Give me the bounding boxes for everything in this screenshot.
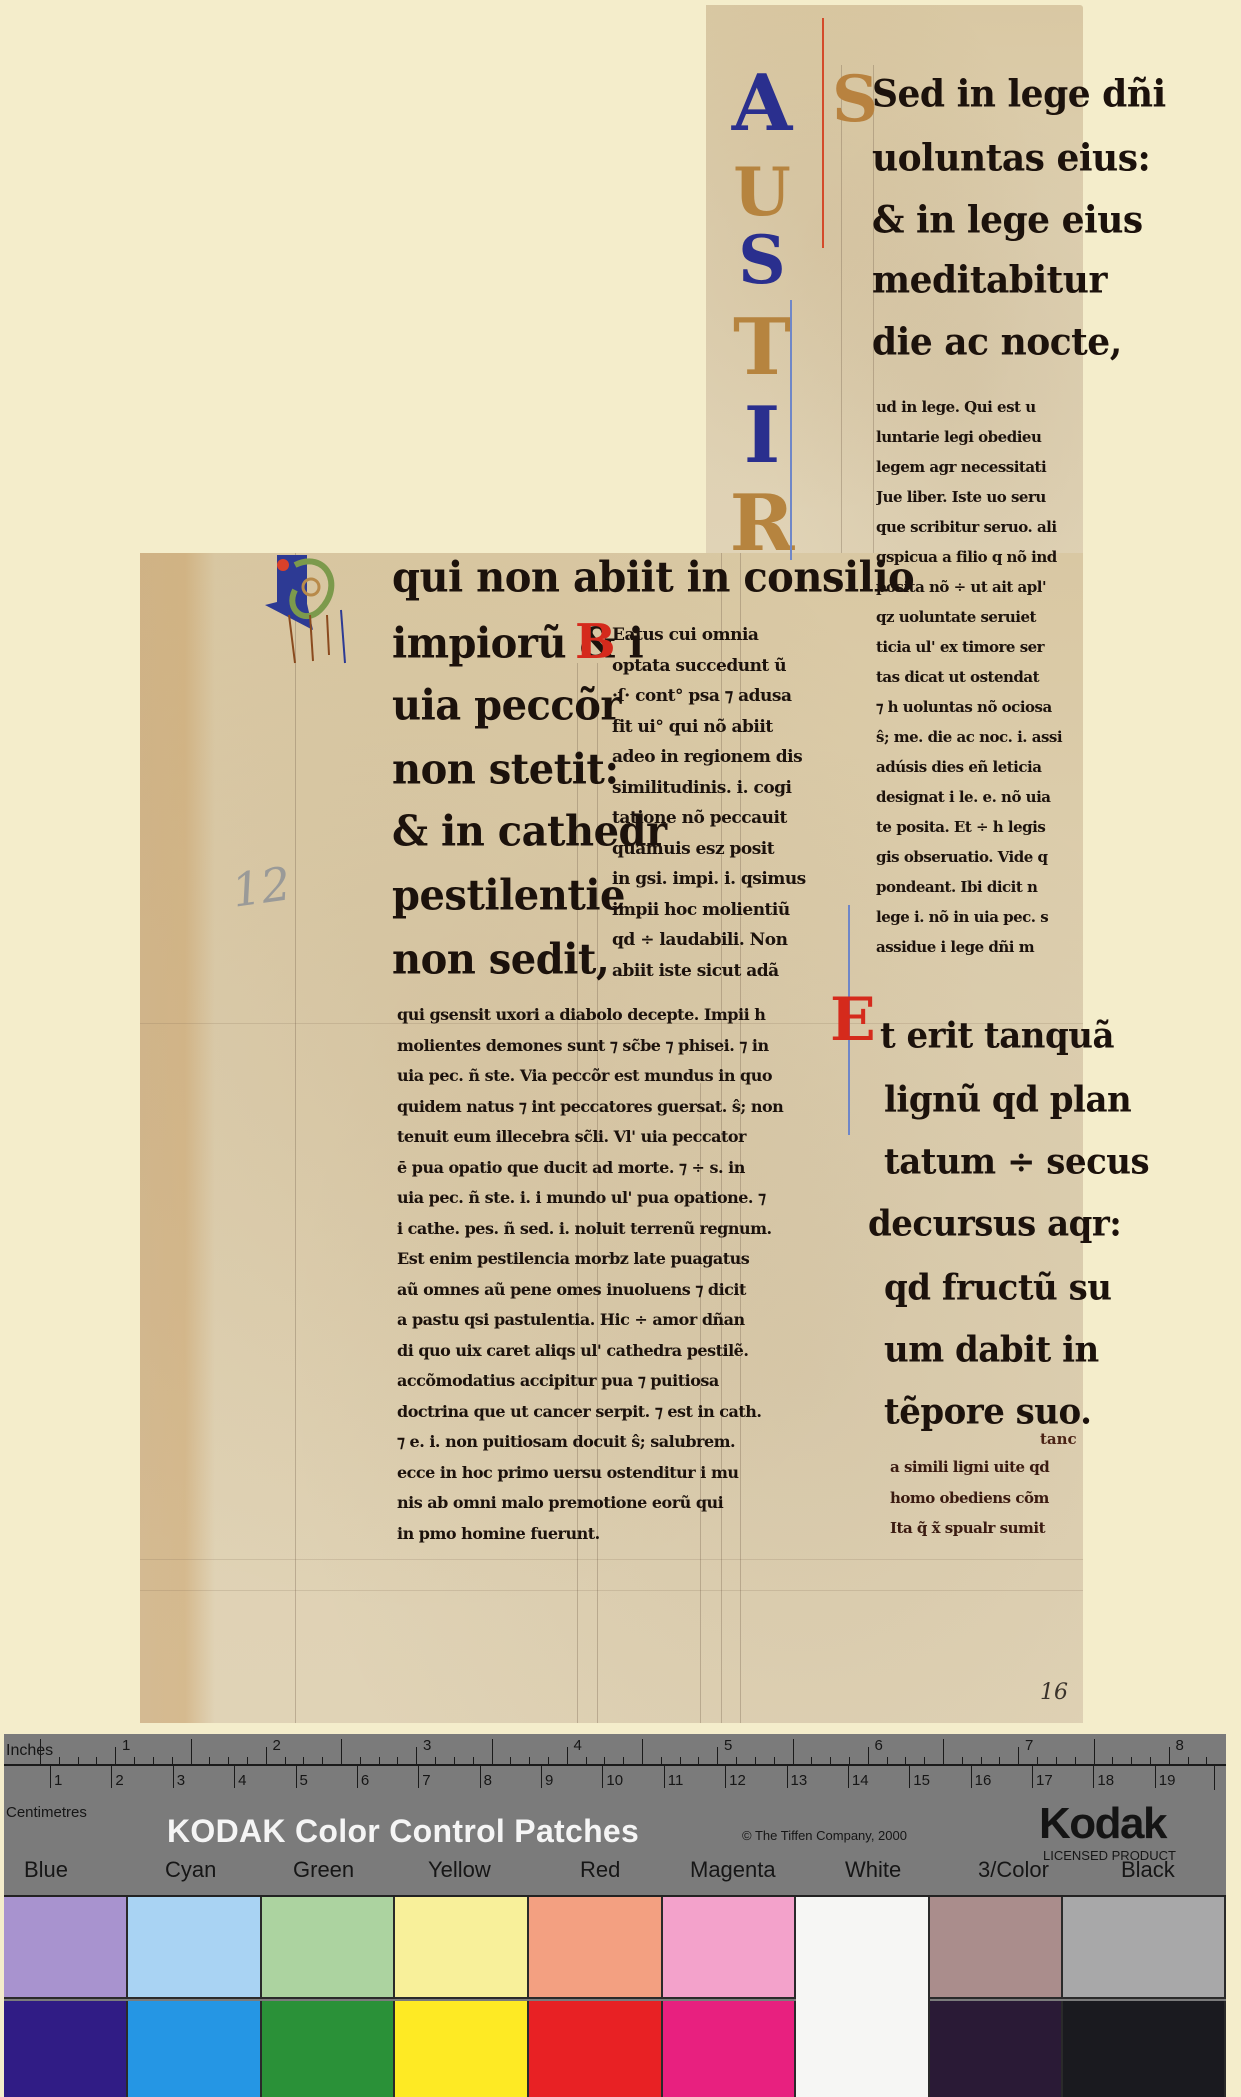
ruler-tick	[548, 1757, 549, 1765]
patch-black-dark	[1063, 2001, 1226, 2097]
ruler-tick	[111, 1766, 112, 1788]
gloss-line: doctrina que ut cancer serpit. ⁊ est in …	[397, 1397, 837, 1428]
patch-labels: Blue Cyan Green Yellow Red Magenta White…	[4, 1857, 1226, 1887]
ruler-tick	[1112, 1757, 1113, 1765]
gloss-line: quidem natus ⁊ int peccatores guersat. ŝ…	[397, 1092, 837, 1123]
patch-label-yellow: Yellow	[428, 1857, 491, 1883]
ruler-inch-number: 7	[1025, 1737, 1033, 1754]
text-line: decursus aqr:	[868, 1190, 1121, 1257]
ruler-cm-number: 11	[668, 1772, 684, 1789]
patch-blue-dark	[4, 2001, 128, 2097]
gloss-column-right-lower: a simili ligni uite qd homo obediens cõm…	[890, 1452, 1082, 1544]
gloss-line: legem agr necessitati	[876, 452, 1082, 482]
gloss-line: a simili ligni uite qd	[890, 1452, 1082, 1483]
ruler-tick	[78, 1757, 79, 1765]
initial-b: B	[575, 618, 616, 666]
ruler-tick	[642, 1739, 643, 1765]
gloss-line: di quo uix caret aliqs ul' cathedra pest…	[397, 1336, 837, 1367]
ruler-tick	[981, 1757, 982, 1765]
ruler-tick	[971, 1766, 972, 1788]
text-line: t erit tanquã	[880, 1002, 1114, 1069]
ruler-cm-number: 12	[729, 1772, 746, 1789]
ruler-tick	[1075, 1757, 1076, 1765]
patch-cyan-dark	[128, 2001, 262, 2097]
ruler-tick	[173, 1766, 174, 1788]
ruler-tick	[247, 1757, 248, 1765]
ruler-tick	[418, 1766, 419, 1788]
ruler-tick	[848, 1766, 849, 1788]
gloss-line: tas dicat ut ostendat	[876, 662, 1082, 692]
vellum-stain	[140, 553, 215, 1723]
text-line: meditabitur	[872, 246, 1107, 313]
ruling-line	[295, 553, 296, 1723]
ruler-cm-number: 13	[791, 1772, 808, 1789]
gloss-line: aũ omnes aũ pene omes inuoluens ⁊ dicit	[397, 1275, 837, 1306]
ruler-cm-number: 14	[852, 1772, 869, 1789]
text-line: um dabit in	[884, 1316, 1099, 1383]
patch-label-black: Black	[1121, 1857, 1175, 1883]
ruler-cm-number: 5	[300, 1772, 308, 1789]
gloss-line: adúsis dies eñ leticia	[876, 752, 1082, 782]
gloss-line: adeo in regionem dis	[612, 742, 822, 773]
gloss-line: ·ſ· cont° psa ⁊ adusa	[612, 681, 822, 712]
ruler-inch-number: 6	[875, 1737, 883, 1754]
patch-white	[796, 1897, 930, 2097]
gloss-line: gis obseruatio. Vide q	[876, 842, 1082, 872]
gloss-line: tatione nõ peccauit	[612, 803, 822, 834]
ruler-inch-number: 2	[273, 1737, 281, 1754]
patch-blue-light	[4, 1897, 128, 1999]
ruling-line	[140, 1559, 1083, 1560]
ruler-tick	[40, 1739, 41, 1765]
gloss-line: ecce in hoc primo uersu ostenditur i mu	[397, 1458, 837, 1489]
ruler-tick	[999, 1757, 1000, 1765]
gloss-line: ⁊ e. i. non puitiosam docuit ŝ; salubrem…	[397, 1427, 837, 1458]
gloss-block-lower: qui gsensit uxori a diabolo decepte. Imp…	[397, 1000, 837, 1549]
ruler-inch-number: 3	[423, 1737, 431, 1754]
ruler-tick	[755, 1757, 756, 1765]
text-line: qd fructũ su	[884, 1254, 1111, 1321]
ruler-tick	[153, 1757, 154, 1765]
gloss-line: Jue liber. Iste uo seru	[876, 482, 1082, 512]
gloss-line: optata succedunt ũ	[612, 651, 822, 682]
ruler-tick	[115, 1747, 116, 1765]
initial-letter: S	[712, 216, 812, 304]
red-penwork-flourish	[822, 18, 824, 248]
gloss-line: pondeant. Ibi dicit n	[876, 872, 1082, 902]
patch-3color-dark	[930, 2001, 1063, 2097]
ruler-tick	[492, 1739, 493, 1765]
ruler-tick	[59, 1757, 60, 1765]
ruler-tick	[717, 1747, 718, 1765]
ruler-cm-number: 4	[238, 1772, 246, 1789]
patch-label-blue: Blue	[24, 1857, 68, 1883]
gloss-column-middle: Eatus cui omnia optata succedunt ũ ·ſ· c…	[612, 620, 822, 986]
ruler-inch-number: 8	[1176, 1737, 1184, 1754]
gloss-line: designat i le. e. nõ uia	[876, 782, 1082, 812]
ruler-tick	[266, 1747, 267, 1765]
ruler-tick	[787, 1766, 788, 1788]
ruling-line	[841, 65, 842, 565]
text-line: pestilentie	[392, 862, 625, 929]
ruler-tick	[96, 1757, 97, 1765]
gloss-line: molientes demones sunt ⁊ sc̃be ⁊ phisei.…	[397, 1031, 837, 1062]
ruler-tick	[1214, 1766, 1215, 1790]
gloss-line: homo obediens cõm	[890, 1483, 1082, 1514]
ruler-tick	[416, 1747, 417, 1765]
ruler-tick	[303, 1757, 304, 1765]
ruler-tick	[379, 1757, 380, 1765]
ruler-tick	[473, 1757, 474, 1765]
ruler-cm-number: 9	[545, 1772, 553, 1789]
ruler-tick	[296, 1766, 297, 1788]
ruler-cm-number: 18	[1097, 1772, 1114, 1789]
decorated-initials-column: A U S T I R	[712, 60, 812, 568]
ruler-tick	[567, 1747, 568, 1765]
gloss-line: i cathe. pes. ñ sed. i. noluit terrenũ r…	[397, 1214, 837, 1245]
patch-label-magenta: Magenta	[690, 1857, 776, 1883]
ruler-tick	[510, 1757, 511, 1765]
patch-green-light	[262, 1897, 395, 1999]
patch-magenta-light	[663, 1897, 796, 1999]
gloss-line: ⁊ h uoluntas nõ ociosa	[876, 692, 1082, 722]
ruler-tick	[1155, 1766, 1156, 1788]
ruler-tick	[586, 1757, 587, 1765]
copyright-text: © The Tiffen Company, 2000	[742, 1828, 907, 1843]
ruler-tick	[357, 1766, 358, 1788]
ruler-tick	[529, 1757, 530, 1765]
ruler-tick	[905, 1757, 906, 1765]
ruler-tick	[134, 1757, 135, 1765]
ruler-cm-number: 16	[975, 1772, 992, 1789]
ruler-tick	[793, 1739, 794, 1765]
gloss-line: uia pec. ñ ste. i. i mundo ul' pua opati…	[397, 1183, 837, 1214]
gloss-line: ud in lege. Qui est u	[876, 392, 1082, 422]
ruler-cm-number: 15	[913, 1772, 930, 1789]
gloss-line: impii hoc molientiũ	[612, 895, 822, 926]
ruler-tick	[849, 1757, 850, 1765]
ruler-tick	[1206, 1757, 1207, 1765]
text-line: & in lege eius	[872, 186, 1143, 253]
ruler-tick	[234, 1766, 235, 1788]
ruler-tick	[435, 1757, 436, 1765]
patch-green-dark	[262, 2001, 395, 2097]
gloss-line: lege i. nõ in uia pec. s	[876, 902, 1082, 932]
ruler-tick	[1018, 1747, 1019, 1765]
patch-label-3color: 3/Color	[978, 1857, 1049, 1883]
gloss-line: qui gsensit uxori a diabolo decepte. Imp…	[397, 1000, 837, 1031]
gloss-line: que scribitur seruo. ali	[876, 512, 1082, 542]
ruler-tick	[341, 1739, 342, 1765]
ruler-tick	[1032, 1766, 1033, 1788]
kodak-color-control-card: Inches 12345678 123456789101112131415161…	[4, 1734, 1226, 2097]
gloss-line: in pmo homine fuerunt.	[397, 1519, 837, 1550]
text-line: lignũ qd plan	[884, 1066, 1131, 1133]
gloss-line: abiit iste sicut adã	[612, 956, 822, 987]
patch-label-green: Green	[293, 1857, 354, 1883]
ruler-tick	[1188, 1757, 1189, 1765]
ruler-cm-number: 10	[606, 1772, 623, 1789]
initial-letter: A	[712, 60, 812, 148]
gloss-line: accõmodatius accipitur pua ⁊ puitiosa	[397, 1366, 837, 1397]
card-header: Inches 12345678 123456789101112131415161…	[4, 1734, 1226, 1895]
ruler-tick	[360, 1757, 361, 1765]
ruler-cm-number: 19	[1159, 1772, 1176, 1789]
text-line: non sedit,	[392, 926, 609, 993]
gloss-line: similitudinis. i. cogi	[612, 773, 822, 804]
gloss-line: ticia ul' ex timore ser	[876, 632, 1082, 662]
gloss-line: assidue i lege dñi m	[876, 932, 1082, 962]
ruler-tick	[725, 1766, 726, 1788]
ruler-inch-number: 1	[122, 1737, 130, 1754]
ruler-tick	[191, 1739, 192, 1765]
gloss-line: qd ÷ laudabili. Non	[612, 925, 822, 956]
patch-red-dark	[529, 2001, 663, 2097]
ruler-tick	[1037, 1757, 1038, 1765]
gloss-note: tanc	[1040, 1430, 1077, 1448]
text-line: tatum ÷ secus	[884, 1128, 1149, 1195]
ruler-tick	[541, 1766, 542, 1788]
text-line: qui non abiit in consilio	[392, 544, 914, 611]
patch-yellow-dark	[395, 2001, 529, 2097]
ruler-cm-number: 6	[361, 1772, 369, 1789]
patch-label-cyan: Cyan	[165, 1857, 216, 1883]
card-title: KODAK Color Control Patches	[167, 1813, 639, 1850]
gloss-line: Ita q̃ x̃ spualr sumit	[890, 1513, 1082, 1544]
text-line: die ac nocte,	[872, 308, 1122, 375]
patch-label-red: Red	[580, 1857, 620, 1883]
patch-label-white: White	[845, 1857, 901, 1883]
blue-penwork-flourish	[790, 300, 792, 560]
patch-red-light	[529, 1897, 663, 1999]
ruling-line	[140, 1590, 1083, 1591]
patch-yellow-light	[395, 1897, 529, 1999]
gloss-line: uia pec. ñ ste. Via peccõr est mundus in…	[397, 1061, 837, 1092]
gloss-line: ŝ; me. die ac noc. i. assi	[876, 722, 1082, 752]
ruler-tick	[943, 1739, 944, 1765]
patch-3color-light	[930, 1897, 1063, 1999]
ruler-tick	[698, 1757, 699, 1765]
gloss-line: te posita. Et ÷ h legis	[876, 812, 1082, 842]
kodak-logo: Kodak	[1039, 1799, 1166, 1849]
initial-q-decorated	[265, 555, 365, 665]
ruler-cm-number: 2	[115, 1772, 123, 1789]
gloss-line: Est enim pestilencia morbz late puagatus	[397, 1244, 837, 1275]
ruler-tick	[1093, 1766, 1094, 1788]
ruler-tick	[322, 1757, 323, 1765]
text-line: uia peccõr	[392, 672, 621, 739]
initial-letter: T	[712, 304, 812, 392]
ruler-tick	[774, 1757, 775, 1765]
ruler-tick	[887, 1757, 888, 1765]
ruler-tick	[480, 1766, 481, 1788]
ruler-tick	[1056, 1757, 1057, 1765]
gloss-line: tenuit eum illecebra sc̃li. Vl' uia pecc…	[397, 1122, 837, 1153]
gloss-line: in gsi. impi. i. qsimus	[612, 864, 822, 895]
ruler-cm-number: 8	[484, 1772, 492, 1789]
gloss-line: quamuis esz posit	[612, 834, 822, 865]
ruler-tick	[736, 1757, 737, 1765]
gloss-line: luntarie legi obedieu	[876, 422, 1082, 452]
patch-cyan-light	[128, 1897, 262, 1999]
gloss-column-right: ud in lege. Qui est u luntarie legi obed…	[876, 392, 1082, 962]
ruler-tick	[868, 1747, 869, 1765]
gloss-line: nis ab omni malo premotione eorũ qui	[397, 1488, 837, 1519]
ruler-tick	[909, 1766, 910, 1788]
ruler-tick	[604, 1757, 605, 1765]
ruler-cm-number: 3	[177, 1772, 185, 1789]
ruler-tick	[924, 1757, 925, 1765]
ruler-tick	[1150, 1757, 1151, 1765]
ruler-cm-number: 1	[54, 1772, 62, 1789]
ruler-tick	[1169, 1747, 1170, 1765]
ruler-tick	[397, 1757, 398, 1765]
folio-number: 16	[1040, 1680, 1068, 1705]
ruler-tick	[209, 1757, 210, 1765]
text-line: non stetit:	[392, 736, 619, 803]
ruler-inch-number: 5	[724, 1737, 732, 1754]
ruler-tick	[172, 1757, 173, 1765]
ruler-inch-number: 4	[574, 1737, 582, 1754]
ruler-tick	[830, 1757, 831, 1765]
ruler-cm-number: 17	[1036, 1772, 1053, 1789]
ruler-tick	[1131, 1757, 1132, 1765]
ruler-tick	[623, 1757, 624, 1765]
ruler-baseline	[4, 1764, 1226, 1766]
patch-magenta-dark	[663, 2001, 796, 2097]
gloss-line: fit ui° qui nõ abiit	[612, 712, 822, 743]
ruler-tick	[664, 1766, 665, 1788]
ruler-tick	[285, 1757, 286, 1765]
ruler-tick	[811, 1757, 812, 1765]
gloss-line: a pastu qsi pastulentia. Hic ÷ amor dñan	[397, 1305, 837, 1336]
pencil-annotation: 12	[229, 856, 294, 918]
ruler-tick	[1094, 1739, 1095, 1765]
gloss-line: Eatus cui omnia	[612, 620, 822, 651]
ruler-tick	[50, 1766, 51, 1788]
ruler-tick	[962, 1757, 963, 1765]
text-line: uoluntas eius:	[872, 124, 1150, 191]
ruler-tick	[454, 1757, 455, 1765]
ruler-inch-label: Inches	[6, 1742, 53, 1760]
ruler-tick	[602, 1766, 603, 1788]
patch-black-light	[1063, 1897, 1226, 1999]
ruler-tick	[680, 1757, 681, 1765]
ruler-tick	[661, 1757, 662, 1765]
initial-letter: I	[712, 392, 812, 480]
ruler-cm-number: 7	[422, 1772, 430, 1789]
initial-e: E	[830, 990, 876, 1050]
text-line: Sed in lege dñi	[872, 60, 1166, 127]
ruler-tick	[228, 1757, 229, 1765]
ruler-cm-label: Centimetres	[6, 1804, 87, 1821]
gloss-line: ē pua opatio que ducit ad morte. ⁊ ÷ s. …	[397, 1153, 837, 1184]
